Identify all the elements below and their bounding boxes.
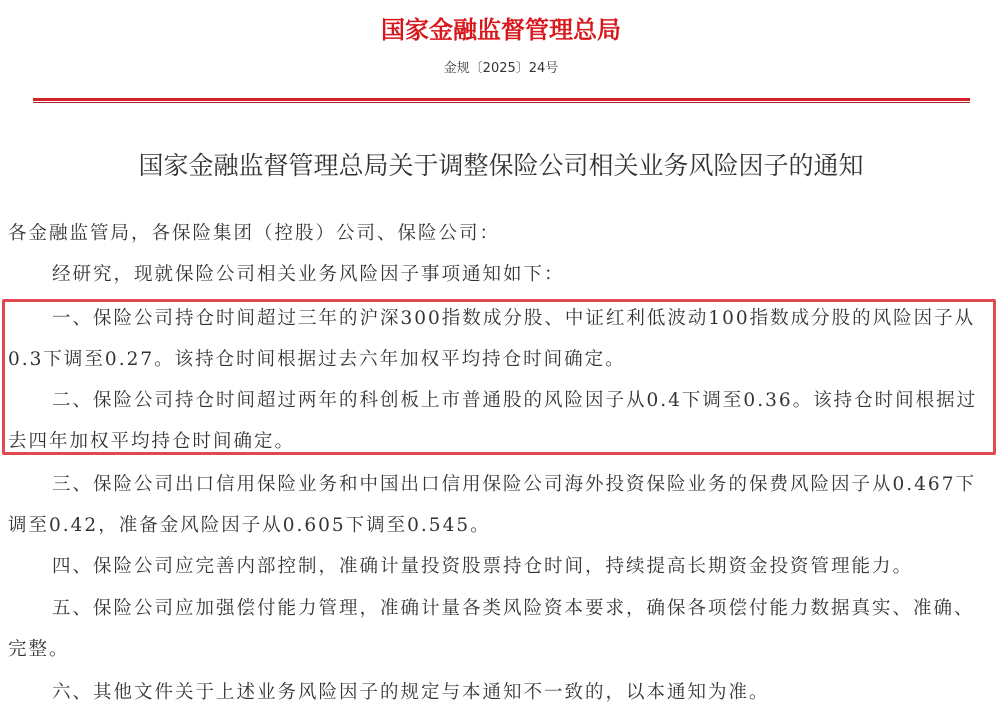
document-number: 金规〔2025〕24号 xyxy=(0,57,1002,76)
item-4: 四、保险公司应完善内部控制，准确计量投资股票持仓时间，持续提高长期资金投资管理能… xyxy=(8,546,993,587)
agency-name: 国家金融监督管理总局 xyxy=(0,10,1002,45)
item-6: 六、其他文件关于上述业务风险因子的规定与本通知不一致的，以本通知为准。 xyxy=(8,672,993,713)
rule-thick xyxy=(33,98,970,101)
item-5: 五、保险公司应加强偿付能力管理，准确计量各类风险资本要求，确保各项偿付能力数据真… xyxy=(8,588,993,670)
item-3: 三、保险公司出口信用保险业务和中国出口信用保险公司海外投资保险业务的保费风险因子… xyxy=(8,464,993,546)
red-header-rule xyxy=(33,98,970,103)
rule-thin xyxy=(33,102,970,103)
item-2: 二、保险公司持仓时间超过两年的科创板上市普通股的风险因子从0.4下调至0.36。… xyxy=(8,380,993,462)
document-title: 国家金融监督管理总局关于调整保险公司相关业务风险因子的通知 xyxy=(0,146,1002,182)
intro-paragraph: 经研究，现就保险公司相关业务风险因子事项通知如下： xyxy=(8,254,993,295)
item-1: 一、保险公司持仓时间超过三年的沪深300指数成分股、中证红利低波动100指数成分… xyxy=(8,298,993,380)
salutation: 各金融监管局，各保险集团（控股）公司、保险公司： xyxy=(8,213,993,254)
